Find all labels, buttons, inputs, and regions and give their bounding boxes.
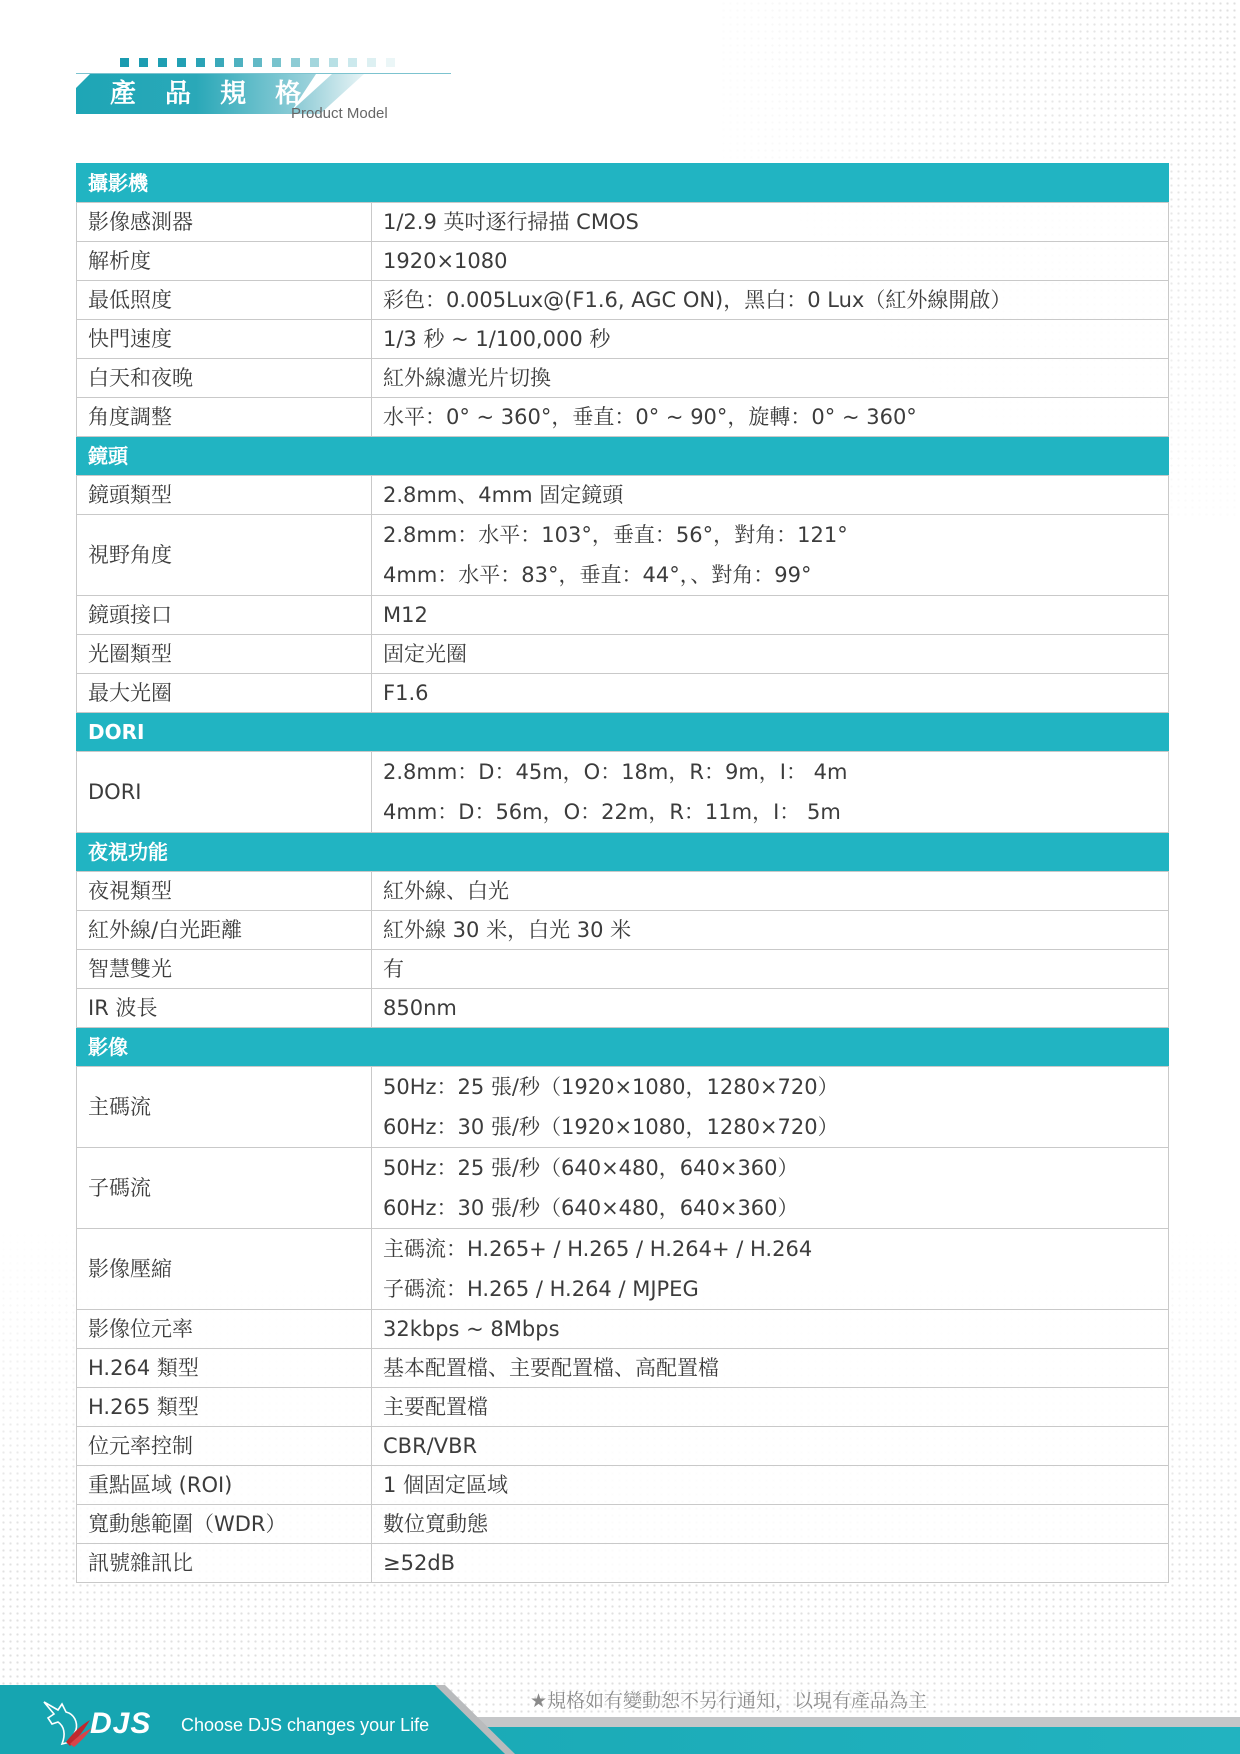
table-row: 最大光圈F1.6: [77, 674, 1169, 713]
section-header-night-vision: 夜視功能: [77, 833, 1169, 872]
brand-slogan: Choose DJS changes your Life: [181, 1713, 429, 1737]
spec-label: 最低照度: [77, 281, 372, 320]
spec-value-line: 4mm：D：56m，O：22m，R：11m，I： 5m: [383, 792, 1157, 832]
spec-label: H.265 類型: [77, 1388, 372, 1427]
spec-value: 2.8mm、4mm 固定鏡頭: [372, 476, 1169, 515]
table-row: 位元率控制CBR/VBR: [77, 1427, 1169, 1466]
spec-value: 50Hz：25 張/秒（1920×1080，1280×720）60Hz：30 張…: [372, 1067, 1169, 1148]
spec-value: 有: [372, 950, 1169, 989]
table-row: 主碼流50Hz：25 張/秒（1920×1080，1280×720）60Hz：3…: [77, 1067, 1169, 1148]
spec-value: 固定光圈: [372, 635, 1169, 674]
footer: DJS Choose DJS changes your Life ★規格如有變動…: [0, 1660, 1240, 1754]
section-header-video: 影像: [77, 1028, 1169, 1067]
spec-label: 智慧雙光: [77, 950, 372, 989]
table-row: 白天和夜晚紅外線濾光片切換: [77, 359, 1169, 398]
spec-value: 紅外線濾光片切換: [372, 359, 1169, 398]
page-subtitle: Product Model: [291, 104, 388, 124]
square-icon: [234, 58, 243, 67]
table-row: 鏡頭接口M12: [77, 596, 1169, 635]
spec-value: 1920×1080: [372, 242, 1169, 281]
spec-label: 最大光圈: [77, 674, 372, 713]
section-header-camera: 攝影機: [77, 164, 1169, 203]
section-title: DORI: [77, 713, 1169, 752]
spec-value-line: 2.8mm：水平：103°，垂直：56°，對角：121°: [383, 515, 1157, 555]
spec-value-line: 子碼流：H.265 / H.264 / MJPEG: [383, 1269, 1157, 1309]
spec-label: DORI: [77, 752, 372, 833]
square-icon: [291, 58, 300, 67]
spec-label: 影像感測器: [77, 203, 372, 242]
table-row: 影像壓縮主碼流：H.265+ / H.265 / H.264+ / H.264子…: [77, 1229, 1169, 1310]
spec-value-line: 60Hz：30 張/秒（1920×1080，1280×720）: [383, 1107, 1157, 1147]
spec-label: 鏡頭接口: [77, 596, 372, 635]
spec-value-line: 2.8mm：D：45m，O：18m，R：9m，I： 4m: [383, 752, 1157, 792]
spec-value: 850nm: [372, 989, 1169, 1028]
square-icon: [367, 58, 376, 67]
spec-value-line: 主碼流：H.265+ / H.265 / H.264+ / H.264: [383, 1229, 1157, 1269]
spec-label: IR 波長: [77, 989, 372, 1028]
spec-value: 1/3 秒 ~ 1/100,000 秒: [372, 320, 1169, 359]
spec-value: ≥52dB: [372, 1544, 1169, 1583]
table-row: 重點區域 (ROI)1 個固定區域: [77, 1466, 1169, 1505]
spec-value: 數位寬動態: [372, 1505, 1169, 1544]
spec-label: 子碼流: [77, 1148, 372, 1229]
spec-value: 1 個固定區域: [372, 1466, 1169, 1505]
square-icon: [348, 58, 357, 67]
spec-label: 紅外線/白光距離: [77, 911, 372, 950]
table-row: 子碼流50Hz：25 張/秒（640×480，640×360）60Hz：30 張…: [77, 1148, 1169, 1229]
table-row: 視野角度2.8mm：水平：103°，垂直：56°，對角：121°4mm：水平：8…: [77, 515, 1169, 596]
table-row: 解析度1920×1080: [77, 242, 1169, 281]
table-row: 快門速度1/3 秒 ~ 1/100,000 秒: [77, 320, 1169, 359]
square-icon: [310, 58, 319, 67]
square-icon: [139, 58, 148, 67]
spec-label: 寬動態範圍（WDR）: [77, 1505, 372, 1544]
table-row: 最低照度彩色：0.005Lux@(F1.6, AGC ON)，黑白：0 Lux（…: [77, 281, 1169, 320]
spec-value: 水平：0° ~ 360°，垂直：0° ~ 90°，旋轉：0° ~ 360°: [372, 398, 1169, 437]
spec-label: 視野角度: [77, 515, 372, 596]
spec-value: 50Hz：25 張/秒（640×480，640×360）60Hz：30 張/秒（…: [372, 1148, 1169, 1229]
spec-value: 1/2.9 英吋逐行掃描 CMOS: [372, 203, 1169, 242]
table-row: 紅外線/白光距離紅外線 30 米，白光 30 米: [77, 911, 1169, 950]
section-title: 影像: [77, 1028, 1169, 1067]
square-icon: [177, 58, 186, 67]
square-icon: [158, 58, 167, 67]
square-icon: [253, 58, 262, 67]
table-row: IR 波長850nm: [77, 989, 1169, 1028]
section-title: 鏡頭: [77, 437, 1169, 476]
disclaimer-note: ★規格如有變動恕不另行通知，以現有產品為主: [530, 1688, 927, 1714]
spec-table: 攝影機 影像感測器1/2.9 英吋逐行掃描 CMOS 解析度1920×1080 …: [76, 163, 1169, 1583]
spec-value: 彩色：0.005Lux@(F1.6, AGC ON)，黑白：0 Lux（紅外線開…: [372, 281, 1169, 320]
table-row: H.265 類型主要配置檔: [77, 1388, 1169, 1427]
title-rule: [76, 73, 451, 74]
spec-label: 角度調整: [77, 398, 372, 437]
spec-value: 2.8mm：水平：103°，垂直：56°，對角：121°4mm：水平：83°，垂…: [372, 515, 1169, 596]
table-row: 訊號雜訊比≥52dB: [77, 1544, 1169, 1583]
page-title: 產 品 規 格: [110, 77, 311, 111]
spec-value: 主要配置檔: [372, 1388, 1169, 1427]
spec-label: 影像位元率: [77, 1310, 372, 1349]
table-row: 光圈類型固定光圈: [77, 635, 1169, 674]
table-row: 影像感測器1/2.9 英吋逐行掃描 CMOS: [77, 203, 1169, 242]
table-row: 鏡頭類型2.8mm、4mm 固定鏡頭: [77, 476, 1169, 515]
section-title: 攝影機: [77, 164, 1169, 203]
square-icon: [272, 58, 281, 67]
spec-label: 白天和夜晚: [77, 359, 372, 398]
spec-value-line: 60Hz：30 張/秒（640×480，640×360）: [383, 1188, 1157, 1228]
spec-value: M12: [372, 596, 1169, 635]
spec-label: 重點區域 (ROI): [77, 1466, 372, 1505]
spec-value: 主碼流：H.265+ / H.265 / H.264+ / H.264子碼流：H…: [372, 1229, 1169, 1310]
spec-value-line: 4mm：水平：83°，垂直：44°，、對角：99°: [383, 555, 1157, 595]
spec-value-line: 50Hz：25 張/秒（1920×1080，1280×720）: [383, 1067, 1157, 1107]
table-row: 角度調整水平：0° ~ 360°，垂直：0° ~ 90°，旋轉：0° ~ 360…: [77, 398, 1169, 437]
square-icon: [215, 58, 224, 67]
section-title: 夜視功能: [77, 833, 1169, 872]
brand-logo-text: DJS: [90, 1707, 151, 1741]
section-header-dori: DORI: [77, 713, 1169, 752]
table-row: 影像位元率32kbps ~ 8Mbps: [77, 1310, 1169, 1349]
spec-label: 主碼流: [77, 1067, 372, 1148]
spec-label: 解析度: [77, 242, 372, 281]
square-icon: [329, 58, 338, 67]
title-banner: 產 品 規 格 Product Model: [76, 56, 456, 136]
spec-value: F1.6: [372, 674, 1169, 713]
spec-label: 夜視類型: [77, 872, 372, 911]
spec-value: 紅外線、白光: [372, 872, 1169, 911]
spec-label: H.264 類型: [77, 1349, 372, 1388]
spec-value-line: 50Hz：25 張/秒（640×480，640×360）: [383, 1148, 1157, 1188]
spec-label: 鏡頭類型: [77, 476, 372, 515]
table-row: 夜視類型紅外線、白光: [77, 872, 1169, 911]
spec-label: 影像壓縮: [77, 1229, 372, 1310]
spec-value: CBR/VBR: [372, 1427, 1169, 1466]
spec-label: 位元率控制: [77, 1427, 372, 1466]
spec-value: 基本配置檔、主要配置檔、高配置檔: [372, 1349, 1169, 1388]
square-icon: [386, 58, 395, 67]
spec-label: 訊號雜訊比: [77, 1544, 372, 1583]
table-row: DORI2.8mm：D：45m，O：18m，R：9m，I： 4m4mm：D：56…: [77, 752, 1169, 833]
spec-value: 32kbps ~ 8Mbps: [372, 1310, 1169, 1349]
spec-value: 2.8mm：D：45m，O：18m，R：9m，I： 4m4mm：D：56m，O：…: [372, 752, 1169, 833]
section-header-lens: 鏡頭: [77, 437, 1169, 476]
table-row: 智慧雙光有: [77, 950, 1169, 989]
spec-label: 快門速度: [77, 320, 372, 359]
square-icon: [120, 58, 129, 67]
table-row: H.264 類型基本配置檔、主要配置檔、高配置檔: [77, 1349, 1169, 1388]
spec-label: 光圈類型: [77, 635, 372, 674]
decorative-squares: [120, 58, 395, 67]
square-icon: [196, 58, 205, 67]
table-row: 寬動態範圍（WDR）數位寬動態: [77, 1505, 1169, 1544]
spec-value: 紅外線 30 米，白光 30 米: [372, 911, 1169, 950]
